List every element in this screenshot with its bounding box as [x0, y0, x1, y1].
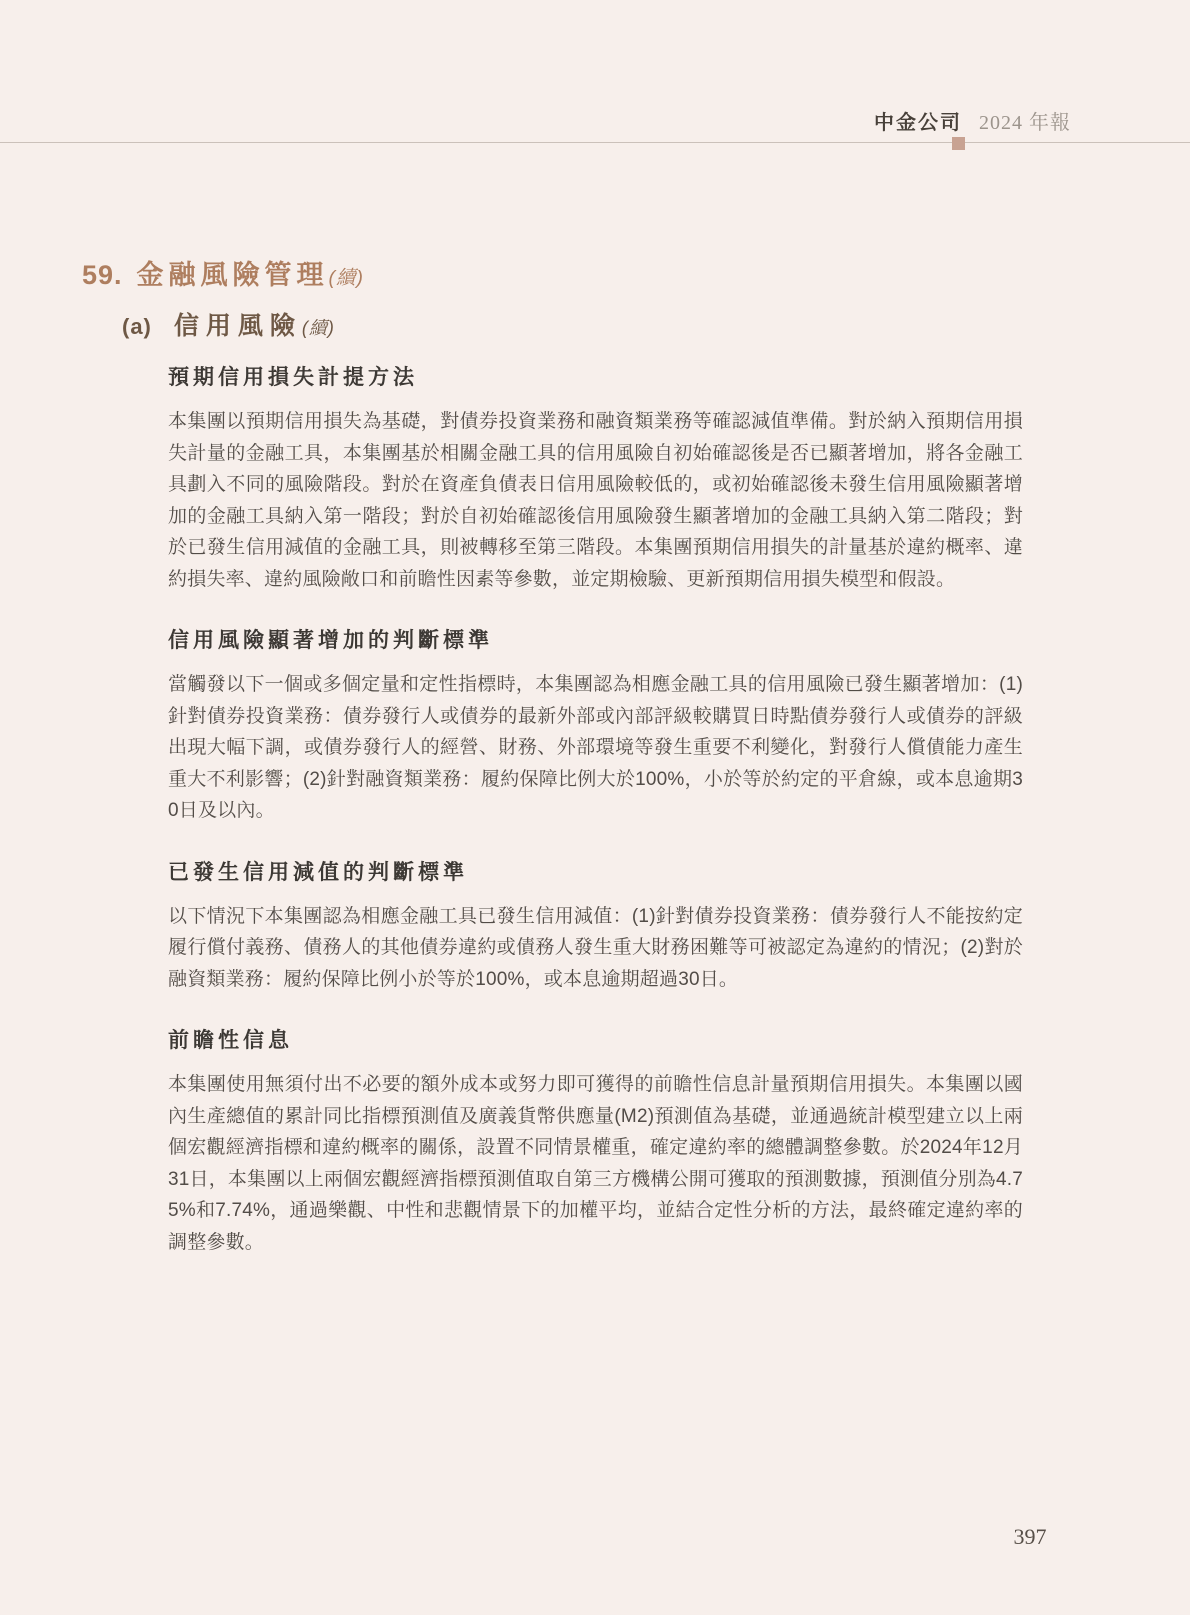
- text-blocks: 預期信用損失計提方法 本集團以預期信用損失為基礎，對債券投資業務和融資類業務等確…: [168, 362, 1023, 1258]
- block-heading: 預期信用損失計提方法: [168, 362, 1023, 394]
- block-paragraph: 當觸發以下一個或多個定量和定性指標時，本集團認為相應金融工具的信用風險已發生顯著…: [168, 669, 1023, 827]
- header-rule-marker: [952, 137, 965, 150]
- page-header: 中金公司 2024 年報: [874, 106, 1071, 135]
- block-impairment-criteria: 已發生信用減值的判斷標準 以下情況下本集團認為相應金融工具已發生信用減值：(1)…: [168, 857, 1023, 996]
- section-continued-label: (續): [329, 267, 364, 289]
- page-content: 59.金融風險管理(續) (a)信用風險(續) 預期信用損失計提方法 本集團以預…: [82, 258, 1023, 1258]
- subsection-title-text: 信用風險: [174, 312, 302, 340]
- section-title: 59.金融風險管理(續): [82, 258, 1023, 295]
- block-paragraph: 本集團以預期信用損失為基礎，對債券投資業務和融資類業務等確認減值準備。對於納入預…: [168, 406, 1023, 595]
- block-paragraph: 以下情況下本集團認為相應金融工具已發生信用減值：(1)針對債券投資業務：債券發行…: [168, 901, 1023, 996]
- section-title-text: 金融風險管理: [137, 260, 329, 290]
- block-sicr-criteria: 信用風險顯著增加的判斷標準 當觸發以下一個或多個定量和定性指標時，本集團認為相應…: [168, 625, 1023, 827]
- block-paragraph: 本集團使用無須付出不必要的額外成本或努力即可獲得的前瞻性信息計量預期信用損失。本…: [168, 1069, 1023, 1258]
- block-ecl-method: 預期信用損失計提方法 本集團以預期信用損失為基礎，對債券投資業務和融資類業務等確…: [168, 362, 1023, 595]
- subsection-label: (a): [122, 314, 152, 339]
- block-heading: 前瞻性信息: [168, 1025, 1023, 1057]
- report-year: 2024 年報: [979, 112, 1071, 134]
- block-heading: 已發生信用減值的判斷標準: [168, 857, 1023, 889]
- annual-report-page: 中金公司 2024 年報 59.金融風險管理(續) (a)信用風險(續) 預期信…: [0, 0, 1190, 1615]
- section-number: 59.: [82, 260, 123, 290]
- page-number: 397: [1006, 1524, 1054, 1550]
- subsection-title: (a)信用風險(續): [122, 310, 1023, 344]
- header-rule: [0, 142, 1190, 143]
- company-name: 中金公司: [874, 112, 962, 134]
- block-forward-looking-info: 前瞻性信息 本集團使用無須付出不必要的額外成本或努力即可獲得的前瞻性信息計量預期…: [168, 1025, 1023, 1258]
- block-heading: 信用風險顯著增加的判斷標準: [168, 625, 1023, 657]
- subsection-continued-label: (續): [302, 318, 335, 338]
